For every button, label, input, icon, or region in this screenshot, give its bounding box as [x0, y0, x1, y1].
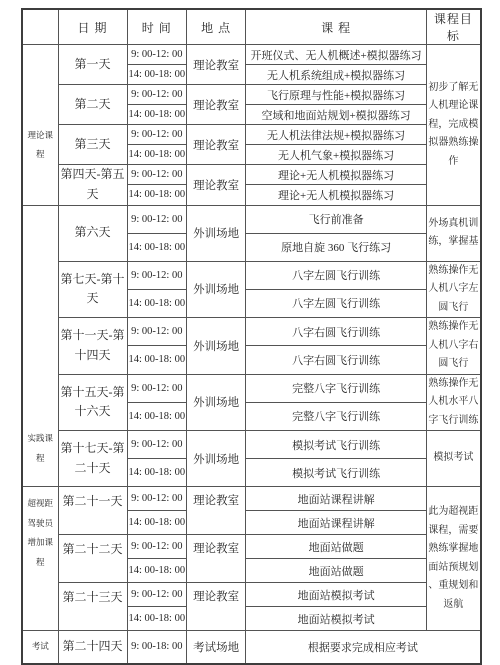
- time-cell: 9: 00-12: 00: [127, 318, 187, 346]
- time-cell: 14: 00-18: 00: [127, 145, 187, 165]
- time-cell: 14: 00-18: 00: [127, 559, 187, 583]
- header-date: 日 期: [58, 9, 127, 45]
- course-cell: 完整八字飞行训练: [246, 402, 427, 430]
- time-cell: 14: 00-18: 00: [127, 511, 187, 535]
- time-cell: 9: 00-12: 00: [127, 535, 187, 559]
- table-row: 第四天-第五天 9: 00-12: 00 理论教室 理论+无人机模拟器练习: [22, 165, 481, 185]
- table-header-row: 日 期 时 间 地 点 课 程 课程目标: [22, 9, 481, 45]
- objective-cell: 熟练操作无人机八字左圆飞行: [427, 261, 481, 318]
- time-cell: 9: 00-12: 00: [127, 205, 187, 233]
- date-cell: 第十五天-第十六天: [58, 374, 127, 431]
- time-cell: 9: 00-12: 00: [127, 165, 187, 185]
- objective-cell: 熟练操作无人机水平八字飞行训练: [427, 374, 481, 431]
- table-row: 第二十二天 9: 00-12: 00 理论教室 地面站做题: [22, 535, 481, 559]
- table-row: 第二天 9: 00-12: 00 理论教室 飞行原理与性能+模拟器练习: [22, 85, 481, 105]
- location-cell: 理论教室: [187, 487, 246, 535]
- table-row: 考试 第二十四天 9: 00-18: 00 考试场地 根据要求完成相应考试: [22, 631, 481, 664]
- location-cell: 理论教室: [187, 165, 246, 206]
- location-cell: 外训场地: [187, 318, 246, 375]
- time-cell: 14: 00-18: 00: [127, 105, 187, 125]
- objective-cell: 模拟考试: [427, 431, 481, 487]
- course-cell: 完整八字飞行训练: [246, 374, 427, 402]
- course-cell: 开班仪式、无人机概述+模拟器练习: [246, 45, 427, 65]
- course-cell: 地面站模拟考试: [246, 583, 427, 607]
- header-course: 课 程: [246, 9, 427, 45]
- category-cell: 考试: [22, 631, 58, 664]
- date-cell: 第一天: [58, 45, 127, 85]
- category-cell: 实践课程: [22, 205, 58, 487]
- time-cell: 9: 00-12: 00: [127, 125, 187, 145]
- course-cell: 地面站课程讲解: [246, 511, 427, 535]
- location-cell: 理论教室: [187, 125, 246, 165]
- time-cell: 14: 00-18: 00: [127, 402, 187, 430]
- time-cell: 9: 00-12: 00: [127, 431, 187, 459]
- course-cell: 八字左圆飞行训练: [246, 261, 427, 289]
- date-cell: 第四天-第五天: [58, 165, 127, 206]
- course-cell: 理论+无人机模拟器练习: [246, 185, 427, 205]
- course-cell: 原地自旋 360 飞行练习: [246, 233, 427, 261]
- table-row: 第十五天-第十六天 9: 00-12: 00 外训场地 完整八字飞行训练 熟练操…: [22, 374, 481, 402]
- course-cell: 飞行前准备: [246, 205, 427, 233]
- date-cell: 第二天: [58, 85, 127, 125]
- date-cell: 第二十四天: [58, 631, 127, 664]
- table-row: 理论课程 第一天 9: 00-12: 00 理论教室 开班仪式、无人机概述+模拟…: [22, 45, 481, 65]
- course-cell: 八字右圆飞行训练: [246, 346, 427, 374]
- course-cell: 地面站模拟考试: [246, 607, 427, 631]
- date-cell: 第二十三天: [58, 583, 127, 631]
- time-cell: 14: 00-18: 00: [127, 233, 187, 261]
- time-cell: 9: 00-12: 00: [127, 374, 187, 402]
- table-row: 第十七天-第二十天 9: 00-12: 00 外训场地 模拟考试飞行训练 模拟考…: [22, 431, 481, 459]
- time-cell: 14: 00-18: 00: [127, 65, 187, 85]
- course-schedule-table: 日 期 时 间 地 点 课 程 课程目标 理论课程 第一天 9: 00-12: …: [21, 8, 482, 665]
- location-cell: 外训场地: [187, 261, 246, 318]
- course-cell: 无人机气象+模拟器练习: [246, 145, 427, 165]
- course-cell: 八字右圆飞行训练: [246, 318, 427, 346]
- date-cell: 第二十一天: [58, 487, 127, 535]
- date-cell: 第十一天-第十四天: [58, 318, 127, 375]
- table-row: 超视距驾驶员增加课程 第二十一天 9: 00-12: 00 理论教室 地面站课程…: [22, 487, 481, 511]
- location-cell: 理论教室: [187, 45, 246, 85]
- course-cell: 模拟考试飞行训练: [246, 431, 427, 459]
- table-row: 实践课程 第六天 9: 00-12: 00 外训场地 飞行前准备 外场真机训练，…: [22, 205, 481, 233]
- objective-cell: 此为超视距课程，需要熟练掌握地面站预规划、重规划和返航: [427, 487, 481, 631]
- course-cell: 地面站做题: [246, 559, 427, 583]
- course-cell: 理论+无人机模拟器练习: [246, 165, 427, 185]
- header-objective: 课程目标: [427, 9, 481, 45]
- date-cell: 第六天: [58, 205, 127, 261]
- location-cell: 外训场地: [187, 431, 246, 487]
- course-cell: 根据要求完成相应考试: [246, 631, 481, 664]
- time-cell: 14: 00-18: 00: [127, 459, 187, 487]
- category-cell: 超视距驾驶员增加课程: [22, 487, 58, 631]
- location-cell: 外训场地: [187, 374, 246, 431]
- location-cell: 外训场地: [187, 205, 246, 261]
- header-category: [22, 9, 58, 45]
- header-location: 地 点: [187, 9, 246, 45]
- table-row: 第七天-第十天 9: 00-12: 00 外训场地 八字左圆飞行训练 熟练操作无…: [22, 261, 481, 289]
- table-row: 第三天 9: 00-12: 00 理论教室 无人机法律法规+模拟器练习: [22, 125, 481, 145]
- course-cell: 无人机系统组成+模拟器练习: [246, 65, 427, 85]
- course-cell: 地面站课程讲解: [246, 487, 427, 511]
- time-cell: 9: 00-12: 00: [127, 487, 187, 511]
- location-cell: 考试场地: [187, 631, 246, 664]
- course-cell: 模拟考试飞行训练: [246, 459, 427, 487]
- time-cell: 14: 00-18: 00: [127, 185, 187, 205]
- time-cell: 9: 00-12: 00: [127, 583, 187, 607]
- course-cell: 无人机法律法规+模拟器练习: [246, 125, 427, 145]
- table-row: 第十一天-第十四天 9: 00-12: 00 外训场地 八字右圆飞行训练 熟练操…: [22, 318, 481, 346]
- table-row: 第二十三天 9: 00-12: 00 理论教室 地面站模拟考试: [22, 583, 481, 607]
- category-cell: 理论课程: [22, 45, 58, 206]
- objective-cell: 外场真机训练，掌握基: [427, 205, 481, 261]
- location-cell: 理论教室: [187, 583, 246, 631]
- time-cell: 9: 00-18: 00: [127, 631, 187, 664]
- time-cell: 14: 00-18: 00: [127, 289, 187, 317]
- time-cell: 9: 00-12: 00: [127, 45, 187, 65]
- course-cell: 飞行原理与性能+模拟器练习: [246, 85, 427, 105]
- date-cell: 第十七天-第二十天: [58, 431, 127, 487]
- header-time: 时 间: [127, 9, 187, 45]
- location-cell: 理论教室: [187, 85, 246, 125]
- objective-cell: 熟练操作无人机八字右圆飞行: [427, 318, 481, 375]
- date-cell: 第三天: [58, 125, 127, 165]
- objective-cell: 初步了解无人机理论课程，完成模拟器熟练操作: [427, 45, 481, 206]
- location-cell: 理论教室: [187, 535, 246, 583]
- course-cell: 地面站做题: [246, 535, 427, 559]
- time-cell: 14: 00-18: 00: [127, 607, 187, 631]
- date-cell: 第二十二天: [58, 535, 127, 583]
- course-cell: 空域和地面站规划+模拟器练习: [246, 105, 427, 125]
- time-cell: 14: 00-18: 00: [127, 346, 187, 374]
- time-cell: 9: 00-12: 00: [127, 261, 187, 289]
- date-cell: 第七天-第十天: [58, 261, 127, 318]
- time-cell: 9: 00-12: 00: [127, 85, 187, 105]
- course-cell: 八字左圆飞行训练: [246, 289, 427, 317]
